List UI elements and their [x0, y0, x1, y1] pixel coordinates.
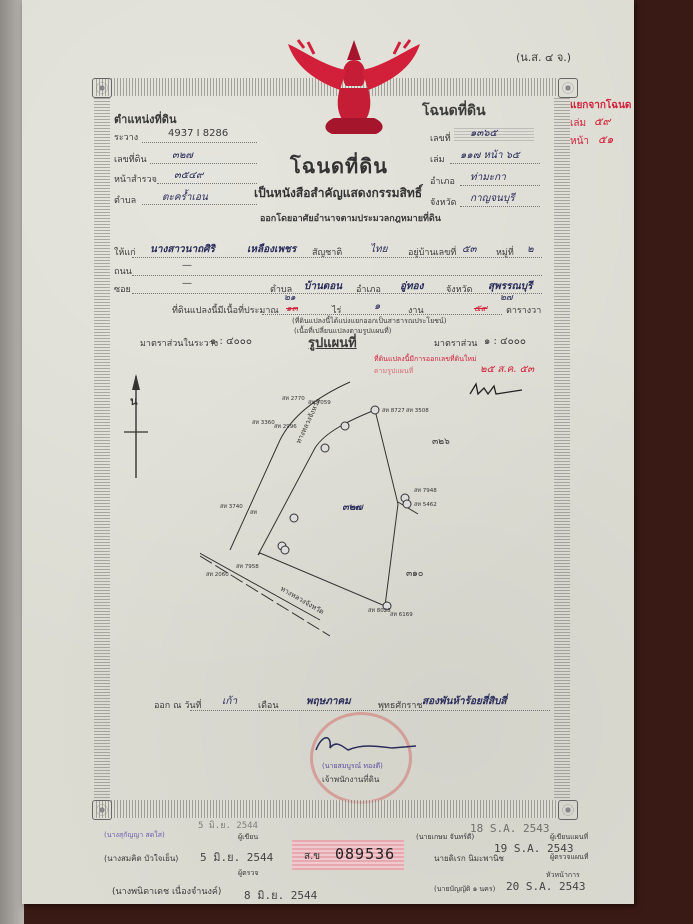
field-label: อำเภอ: [430, 174, 455, 188]
role-r2: ผู้ตรวจแผนที่: [550, 852, 588, 863]
field-label: ระวาง: [114, 130, 138, 144]
stamp-date-r1: 18 S.A. 2543: [470, 822, 549, 835]
svg-text:ทางหลวงจังหวัด: ทางหลวงจังหวัด: [279, 585, 325, 616]
map-section-title: รูปแผนที่: [308, 332, 357, 353]
officer-2-name: (นางสมคิด บัวใจเย็น): [104, 852, 178, 865]
serial-prefix: ส.ข: [304, 849, 320, 864]
svg-text:สท 3360: สท 3360: [252, 419, 275, 426]
svg-text:๓๑๐: ๓๑๐: [406, 569, 423, 579]
background-left: [0, 0, 24, 924]
recorder-label: ผู้เขียน: [238, 832, 258, 843]
officer-1-name: (นางสุกัญญา สดใส): [104, 830, 165, 841]
underline: [450, 163, 540, 164]
subdistrict-value: ตะคร้ำเอน: [162, 190, 208, 205]
sq-wah-value: ๒๗: [500, 290, 513, 304]
svg-text:สท: สท: [250, 509, 257, 516]
serial-number: 089536: [335, 845, 395, 863]
map-sheet-value: 4937 I 8286: [168, 128, 228, 139]
svg-text:สท 2770: สท 2770: [282, 395, 305, 402]
corner-ornament-icon: [558, 800, 578, 820]
plot-scale-label: มาตราส่วน: [434, 336, 477, 350]
moo-value: ๒: [527, 242, 534, 257]
corner-ornament-icon: [92, 78, 112, 98]
page-label: หน้า: [570, 134, 589, 149]
red-stamp-line-1: ที่ดินแปลงนี้มีการออกเลขที่ดินใหม่: [374, 354, 477, 365]
deed-title: โฉนดที่ดิน: [290, 150, 388, 182]
officer-r1-name: (นายเกษม จันทร์ดี): [416, 832, 474, 843]
svg-text:สท 7958: สท 7958: [236, 563, 259, 570]
volume-page-value: ๑๑๗ หน้า ๖๕: [460, 148, 520, 163]
ngan-value: ๑: [374, 299, 380, 314]
svg-text:สท 2996: สท 2996: [274, 423, 297, 430]
land-location-heading: ตำแหน่งที่ดิน: [114, 110, 176, 128]
rai-struck-value: ๑๓: [286, 301, 298, 315]
svg-text:สท 7948: สท 7948: [414, 487, 437, 494]
parcel-number-value: ๓๒๗: [172, 148, 193, 163]
page-value: ๕๑: [598, 130, 613, 148]
deed-number-value: ๑๓๖๕: [470, 126, 497, 141]
garuda-emblem-icon: [284, 38, 424, 138]
field-label: ตำบล: [114, 193, 136, 207]
nationality-value: ไทย: [370, 242, 387, 257]
checker-label: ผู้ตรวจ: [238, 868, 258, 879]
underline: [150, 163, 257, 164]
road-value: —: [182, 260, 192, 271]
parcel-number-label: ๓๒๗: [342, 500, 363, 515]
underline: [190, 710, 550, 711]
signature-icon: [466, 380, 526, 400]
left-border-pattern: [94, 98, 110, 798]
soi-value: —: [182, 278, 192, 289]
deed-subtitle: เป็นหนังสือสำคัญแสดงกรรมสิทธิ์: [254, 184, 422, 203]
parcel-map: ทางหลวงจังหวัด ทางหลวงจังหวัด สท 2770สท …: [200, 380, 470, 640]
field-label: จังหวัด: [430, 195, 457, 209]
underline: [460, 206, 540, 207]
corner-ornament-icon: [558, 78, 578, 98]
stamp-date-3: 8 มิ.ย. 2544: [244, 886, 317, 904]
red-stamp-date: ๒๕ ส.ค. ๕๓: [480, 362, 534, 377]
svg-text:๓๒๖: ๓๒๖: [432, 437, 450, 447]
officer-3-name: (นางพนิดาเดช เนื่องจำนงค์): [112, 884, 221, 898]
svg-text:สท 7059: สท 7059: [308, 399, 331, 406]
svg-text:สท 5462: สท 5462: [414, 501, 437, 508]
corner-ornament-icon: [92, 800, 112, 820]
underline: [132, 257, 542, 258]
map-scale-value: ๑ : ๔๐๐๐: [210, 334, 252, 349]
survey-page-value: ๓๕๔๙: [174, 168, 203, 183]
field-label: เลขที่ดิน: [114, 152, 147, 166]
volume-value: ๕๙: [594, 112, 610, 130]
svg-text:สท 3740: สท 3740: [220, 503, 243, 510]
owner-surname: เหลืองเพชร: [247, 242, 296, 257]
district-value: ท่ามะกา: [470, 170, 506, 185]
officer-signature-icon: [312, 730, 422, 760]
north-arrow-icon: [122, 370, 152, 480]
north-label: น: [130, 392, 138, 410]
issued-by-line: ออกโดยอาศัยอำนาจตามประมวลกฎหมายที่ดิน: [260, 211, 441, 225]
underline: [460, 185, 540, 186]
stamp-date-1: 5 มิ.ย. 2544: [198, 818, 258, 832]
red-stamp-line-2: ตามรูปแผนที่: [374, 366, 413, 377]
field-label: ซอย: [114, 282, 131, 296]
officer-name-stamp: (นายสมบูรณ์ ทองดี): [322, 761, 383, 772]
field-label: หน้าสำรวจ: [114, 172, 157, 186]
bottom-border-pattern: [96, 800, 558, 818]
issue-year: สองพันห้าร้อยสี่สิบสี่: [422, 694, 507, 709]
underline: [142, 204, 257, 205]
volume-label: เล่ม: [570, 116, 586, 131]
sq-wah-label: ตารางวา: [506, 303, 541, 317]
officer-title: เจ้าพนักงานที่ดิน: [322, 773, 379, 786]
underline: [262, 314, 502, 315]
underline: [132, 275, 542, 276]
stamp-date-2: 5 มิ.ย. 2544: [200, 848, 273, 866]
province-value: กาญจนบุรี: [470, 191, 515, 206]
land-title-deed: (น.ส. ๔ จ.) ตำแหน่งที่ดิน ระวาง 4937 I 8…: [22, 0, 634, 904]
issue-month: พฤษภาคม: [306, 694, 351, 709]
right-border-pattern: [554, 98, 570, 798]
plot-scale-value: ๑ : ๔๐๐๐: [484, 334, 526, 349]
underline: [157, 183, 257, 184]
map-scale-label: มาตราส่วนในระวาง: [140, 336, 218, 350]
underline: [132, 293, 542, 294]
owner-subdistrict-value: บ้านดอน: [304, 279, 342, 294]
sq-wah-struck-value: ๕๙: [474, 301, 487, 315]
owner-district-value: อู่ทอง: [400, 279, 424, 294]
field-label: เล่ม: [430, 152, 445, 166]
svg-text:สท 8727: สท 8727: [382, 407, 405, 414]
field-label: ถนน: [114, 264, 132, 278]
form-code: (น.ส. ๔ จ.): [516, 48, 571, 66]
issue-day: เก้า: [222, 694, 237, 709]
svg-text:สท 6169: สท 6169: [390, 611, 413, 618]
split-from-deed-note: แยกจากโฉนด: [570, 98, 631, 113]
deed-heading: โฉนดที่ดิน: [422, 100, 486, 122]
field-label: เลขที่: [430, 131, 451, 145]
svg-text:สท 3508: สท 3508: [406, 407, 429, 414]
svg-text:สท 2060: สท 2060: [206, 571, 229, 578]
underline: [142, 142, 257, 143]
stamp-date-r3: 20 S.A. 2543: [506, 880, 585, 893]
svg-text:สท 8025: สท 8025: [368, 607, 391, 614]
owner-first-name: นางสาวนาถศิริ: [150, 242, 215, 257]
officer-r3-name: (นายบัญญัติ ๑ นคร): [434, 884, 495, 895]
house-number-value: ๕๓: [462, 242, 476, 257]
